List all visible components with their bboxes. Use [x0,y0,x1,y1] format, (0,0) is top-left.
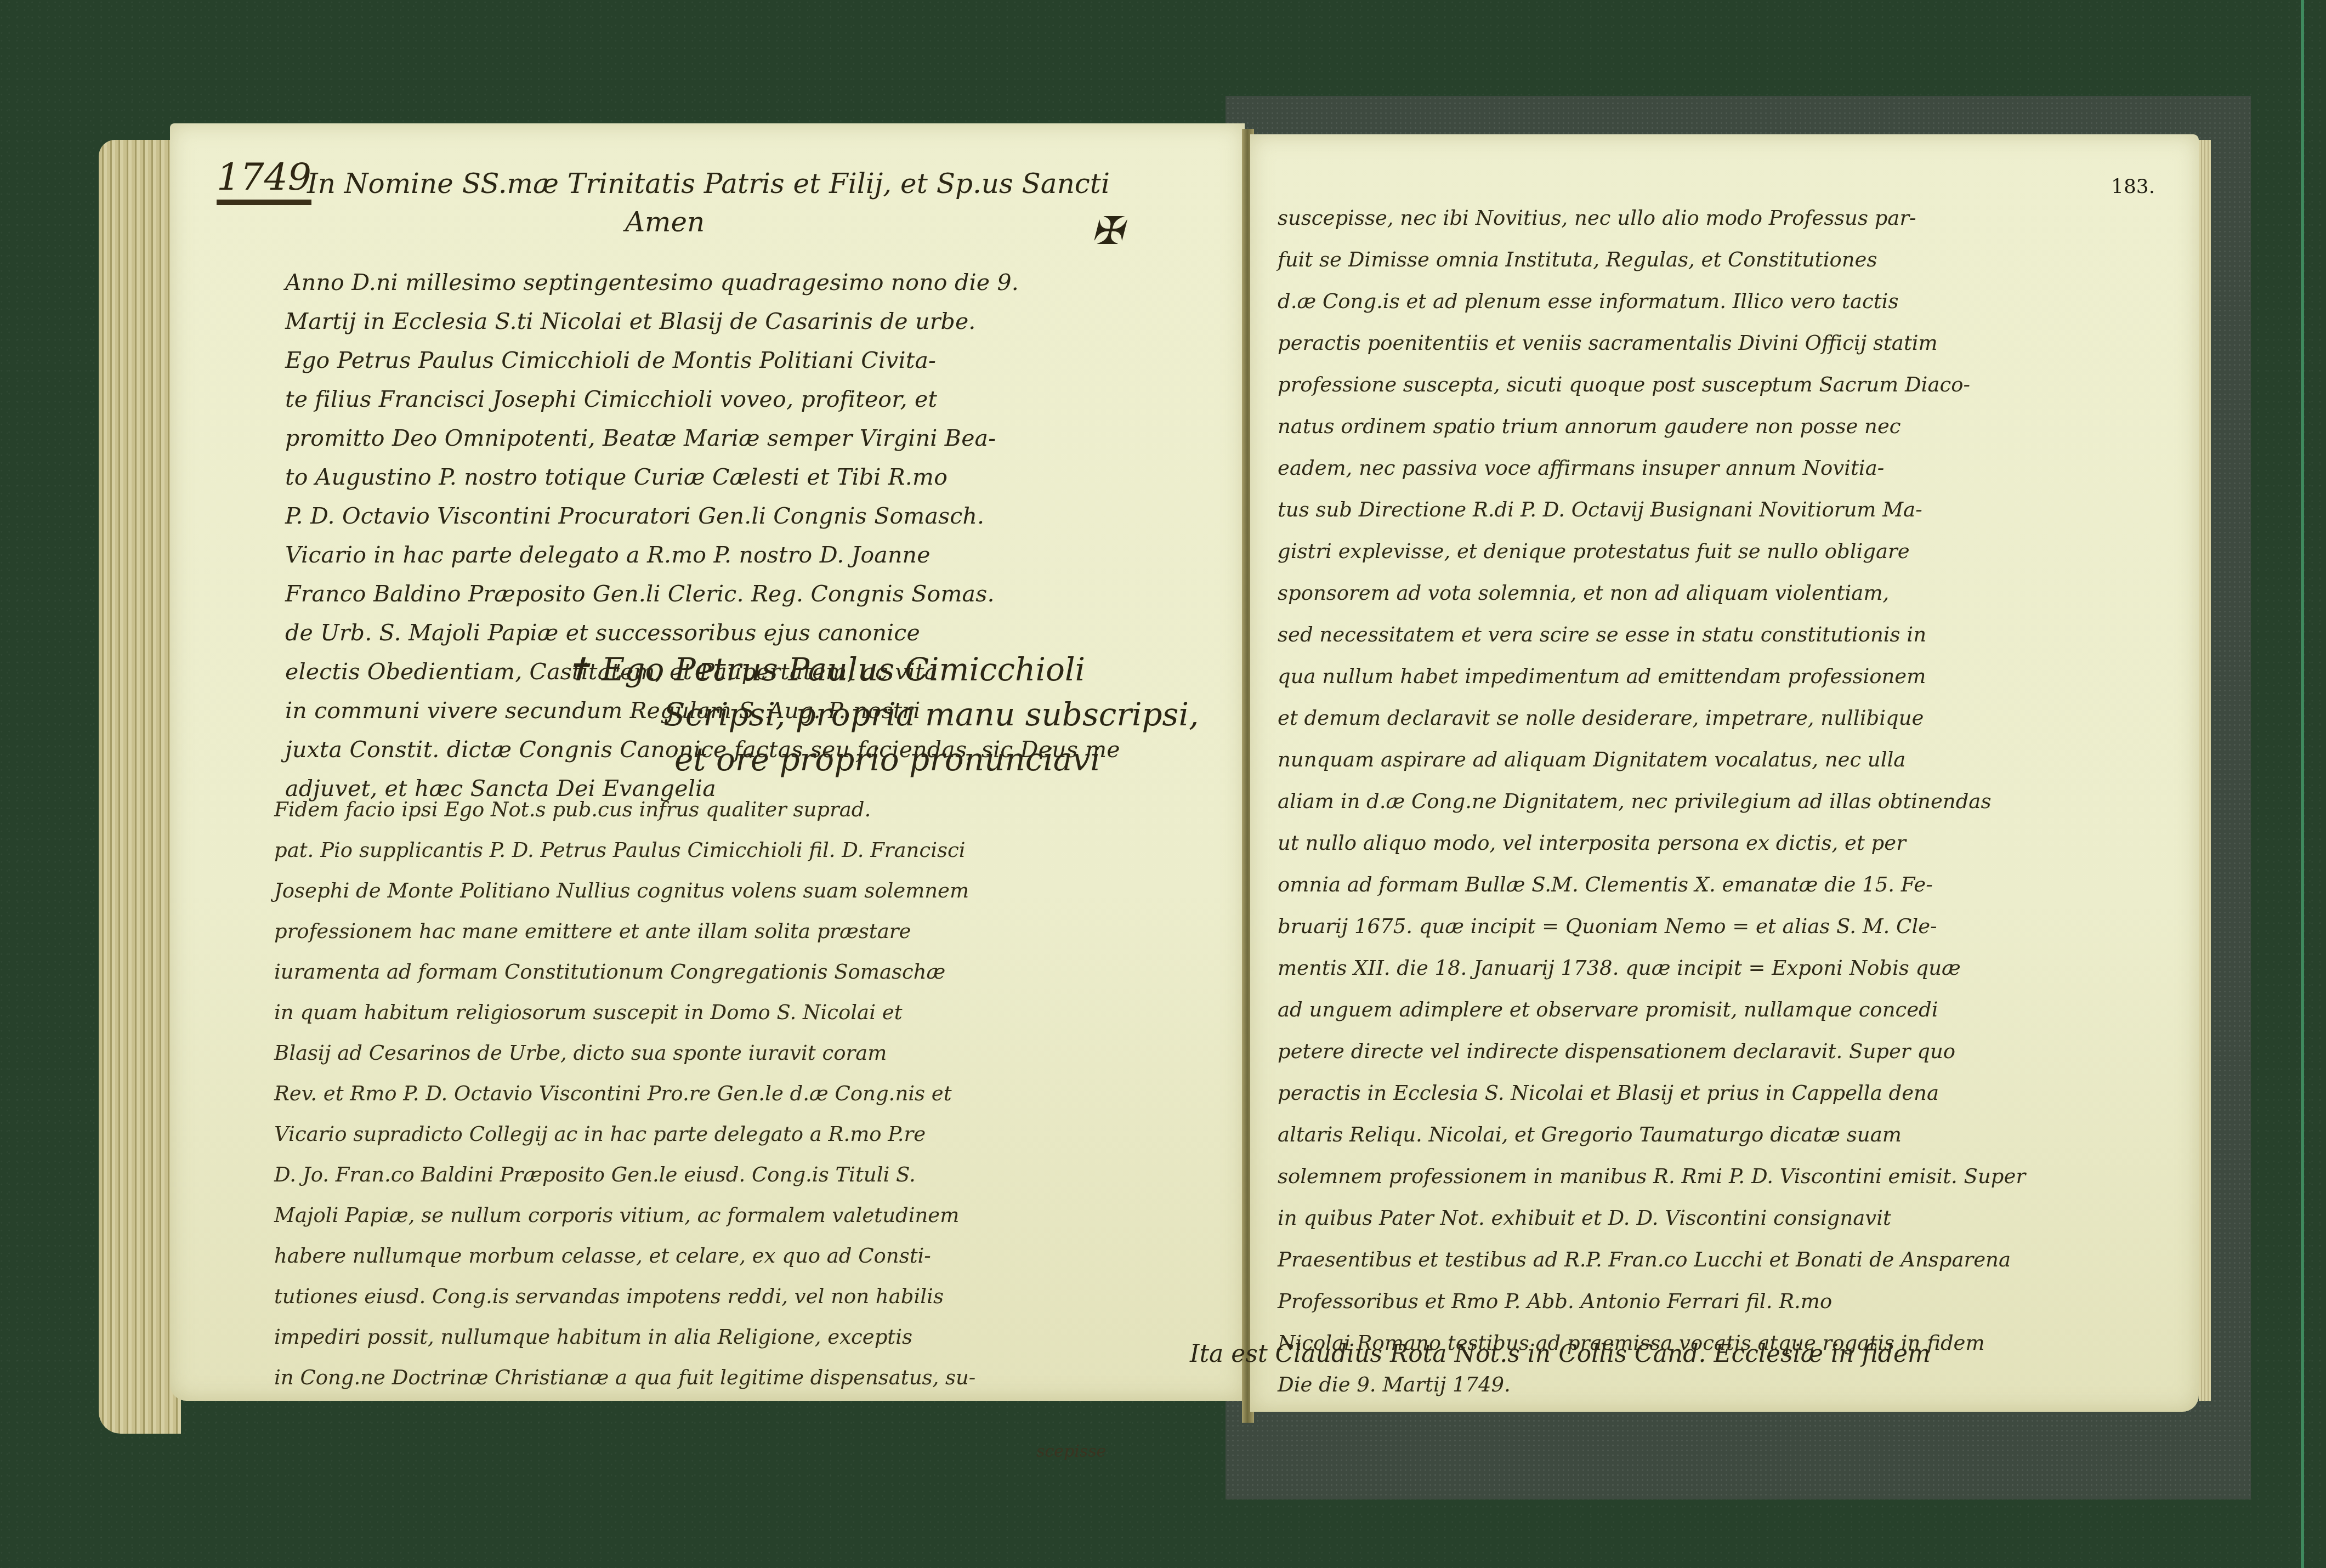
notary-line: Vicario supradicto Collegij ac in hac pa… [274,1114,975,1155]
notary-attestation-right: suscepisse, nec ibi Novitius, nec ullo a… [1278,197,2026,1406]
notary-line: fuit se Dimisse omnia Instituta, Regulas… [1278,239,2026,281]
notary-line: sed necessitatem et vera scire se esse i… [1278,614,2026,656]
notary-line: tus sub Directione R.di P. D. Octavij Bu… [1278,489,2026,531]
notary-line: d.æ Cong.is et ad plenum esse informatum… [1278,281,2026,322]
notary-line: peractis in Ecclesia S. Nicolai et Blasi… [1278,1072,2026,1114]
notary-attestation-left: Fidem facio ipsi Ego Not.s pub.cus infru… [274,789,975,1398]
signature-line: et ore proprio pronunciavi [565,737,1199,782]
notary-line: omnia ad formam Bullæ S.M. Clementis X. … [1278,864,2026,906]
notary-line: Professoribus et Rmo P. Abb. Antonio Fer… [1278,1281,2026,1322]
closing-line: Ita est Claudius Rota Not.s in Collis Ca… [1190,1338,1931,1371]
notary-line: gistri explevisse, et denique protestatu… [1278,531,2026,572]
notary-line: impediri possit, nullumque habitum in al… [274,1317,975,1357]
signature-block: ✝ Ego Petrus Paulus Cimicchioli Scripsi,… [565,647,1199,782]
notary-line: et demum declaravit se nolle desiderare,… [1278,697,2026,739]
notary-line: ut nullo aliquo modo, vel interposita pe… [1278,822,2026,864]
notary-line: Blasij ad Cesarinos de Urbe, dicto sua s… [274,1033,975,1073]
deed-line: P. D. Octavio Viscontini Procuratori Gen… [285,497,1141,536]
notary-line: habere nullumque morbum celasse, et cela… [274,1236,975,1276]
signature-line: Scripsi, propria manu subscripsi, [565,692,1199,737]
deed-line: Vicario in hac parte delegato a R.mo P. … [285,536,1141,575]
deed-line: Ego Petrus Paulus Cimicchioli de Montis … [285,341,1141,380]
notary-closing-signature: Ita est Claudius Rota Not.s in Collis Ca… [1190,1338,1931,1371]
notary-line: Fidem facio ipsi Ego Not.s pub.cus infru… [274,789,975,830]
notary-line: solemnem professionem in manibus R. Rmi … [1278,1156,2026,1197]
invocation-line: In Nomine SS.mæ Trinitatis Patris et Fil… [307,164,1110,203]
notary-line: ad unguem adimplere et observare promisi… [1278,989,2026,1031]
notary-line: aliam in d.æ Cong.ne Dignitatem, nec pri… [1278,781,2026,822]
signature-name: ✝ Ego Petrus Paulus Cimicchioli [565,647,1199,692]
page-stack-edge [99,140,181,1434]
notary-line: tutiones eiusd. Cong.is servandas impote… [274,1276,975,1317]
deed-line: promitto Deo Omnipotenti, Beatæ Mariæ se… [285,419,1141,458]
invocation: In Nomine SS.mæ Trinitatis Patris et Fil… [307,164,1110,241]
notary-line: sponsorem ad vota solemnia, et non ad al… [1278,572,2026,614]
notary-line: petere directe vel indirecte dispensatio… [1278,1031,2026,1072]
right-page-edge [2199,140,2211,1401]
deed-line: Martij in Ecclesia S.ti Nicolai et Blasi… [285,302,1141,341]
notary-line: D. Jo. Fran.co Baldini Præposito Gen.le … [274,1155,975,1195]
chrismon-icon: ✠ [1091,208,1124,253]
notary-line: iuramenta ad formam Constitutionum Congr… [274,952,975,992]
left-folio-number: 1749 [217,159,311,205]
notary-line: professione suscepta, sicuti quoque post… [1278,364,2026,406]
notary-line: mentis XII. die 18. Januarij 1738. quæ i… [1278,947,2026,989]
notary-line: Josephi de Monte Politiano Nullius cogni… [274,871,975,911]
notary-line: nunquam aspirare ad aliquam Dignitatem v… [1278,739,2026,781]
notary-line: eadem, nec passiva voce affirmans insupe… [1278,447,2026,489]
notary-line: bruarij 1675. quæ incipit = Quoniam Nemo… [1278,906,2026,947]
catchword: scepisse [1036,1442,1106,1461]
deed-line: te filius Francisci Josephi Cimicchioli … [285,380,1141,419]
notary-line: in quibus Pater Not. exhibuit et D. D. V… [1278,1197,2026,1239]
notary-line: Praesentibus et testibus ad R.P. Fran.co… [1278,1239,2026,1281]
notary-line: in Cong.ne Doctrinæ Christianæ a qua fui… [274,1357,975,1398]
deed-line: Anno D.ni millesimo septingentesimo quad… [285,263,1141,302]
right-folio-number: 183. [2111,175,2155,198]
notary-line: professionem hac mane emittere et ante i… [274,911,975,952]
notary-line: peractis poenitentiis et veniis sacramen… [1278,322,2026,364]
notary-line: natus ordinem spatio trium annorum gaude… [1278,406,2026,447]
notary-line: pat. Pio supplicantis P. D. Petrus Paulu… [274,830,975,871]
notary-line: altaris Reliqu. Nicolai, et Gregorio Tau… [1278,1114,2026,1156]
deed-line: to Augustino P. nostro totique Curiæ Cæl… [285,458,1141,497]
notary-line: Majoli Papiæ, se nullum corporis vitium,… [274,1195,975,1236]
notary-line: suscepisse, nec ibi Novitius, nec ullo a… [1278,197,2026,239]
notary-line: in quam habitum religiosorum suscepit in… [274,992,975,1033]
scanner-edge-line [2301,0,2304,1568]
invocation-amen: Amen [307,203,1110,241]
notary-line: Rev. et Rmo P. D. Octavio Viscontini Pro… [274,1073,975,1114]
notary-line: qua nullum habet impedimentum ad emitten… [1278,656,2026,697]
deed-line: Franco Baldino Præposito Gen.li Cleric. … [285,575,1141,613]
